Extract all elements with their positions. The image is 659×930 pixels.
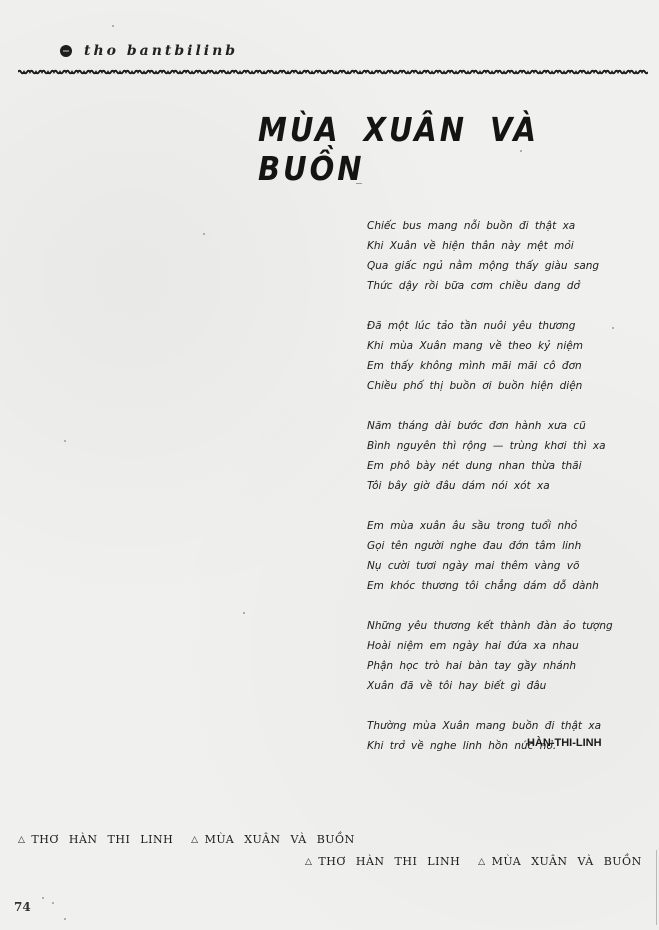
scan-speck bbox=[243, 612, 245, 614]
stanza: Những yêu thương kết thành đàn ảo tượng … bbox=[367, 616, 613, 696]
poem-line: Em khóc thương tôi chẳng dám dỗ dành bbox=[367, 576, 613, 596]
poem-line: Em mùa xuân âu sầu trong tuổi nhỏ bbox=[367, 516, 613, 536]
footer-author-text: THƠ HÀN THI LINH bbox=[318, 855, 460, 868]
section-name: tho bantbilinb bbox=[84, 43, 238, 59]
scan-speck bbox=[64, 440, 66, 442]
triangle-icon: △ bbox=[18, 835, 25, 845]
poem-line: Chiều phố thị buồn ơi buồn hiện diện bbox=[367, 376, 613, 396]
section-header: tho bantbilinb bbox=[60, 43, 238, 59]
poem-line: Đã một lúc tảo tần nuôi yêu thương bbox=[367, 316, 613, 336]
scan-speck bbox=[520, 150, 522, 152]
footer-running-title: △THƠ HÀN THI LINH △MÙA XUÂN VÀ BUỒN bbox=[18, 833, 355, 846]
stanza: Năm tháng dài bước đơn hành xưa cũ Bình … bbox=[367, 416, 613, 496]
poem-line: Em phô bày nét dung nhan thừa thãi bbox=[367, 456, 613, 476]
poem-body: Chiếc bus mang nỗi buồn đi thật xa Khi X… bbox=[367, 216, 613, 776]
wavy-divider bbox=[18, 69, 648, 75]
triangle-icon: △ bbox=[478, 857, 485, 867]
poem-line: Năm tháng dài bước đơn hành xưa cũ bbox=[367, 416, 613, 436]
stanza: Em mùa xuân âu sầu trong tuổi nhỏ Gọi tê… bbox=[367, 516, 613, 596]
poem-line: Gọi tên người nghe đau đớn tâm linh bbox=[367, 536, 613, 556]
poem-line: Qua giấc ngủ nằm mộng thấy giàu sang bbox=[367, 256, 613, 276]
poem-line: Chiếc bus mang nỗi buồn đi thật xa bbox=[367, 216, 613, 236]
filled-circle-bullet-icon bbox=[60, 45, 72, 57]
magazine-page: tho bantbilinb MÙA XUÂN VÀ BUỒN Chiếc bu… bbox=[0, 0, 659, 930]
scan-speck bbox=[64, 918, 66, 920]
poem-line: Bình nguyên thì rộng — trùng khơi thì xa bbox=[367, 436, 613, 456]
poem-title: MÙA XUÂN VÀ BUỒN bbox=[258, 110, 659, 188]
footer-title-text: MÙA XUÂN VÀ BUỒN bbox=[492, 855, 642, 868]
poem-line: Nụ cười tươi ngày mai thêm vàng võ bbox=[367, 556, 613, 576]
stanza: Đã một lúc tảo tần nuôi yêu thương Khi m… bbox=[367, 316, 613, 396]
author-signature: HÀN-THI-LINH bbox=[527, 737, 602, 749]
poem-line: Khi mùa Xuân mang về theo kỷ niệm bbox=[367, 336, 613, 356]
page-edge-line bbox=[656, 850, 657, 925]
footer-running-title: △THƠ HÀN THI LINH △MÙA XUÂN VÀ BUỒN bbox=[305, 855, 642, 868]
stanza: Thường mùa Xuân mang buồn đi thật xa Khi… bbox=[367, 716, 613, 756]
scan-speck bbox=[356, 183, 362, 184]
triangle-icon: △ bbox=[305, 857, 312, 867]
footer-author-text: THƠ HÀN THI LINH bbox=[31, 833, 173, 846]
poem-line: Khi Xuân về hiện thân này mệt mỏi bbox=[367, 236, 613, 256]
poem-line: Em thấy không mình mãi mãi cô đơn bbox=[367, 356, 613, 376]
poem-line: Những yêu thương kết thành đàn ảo tượng bbox=[367, 616, 613, 636]
scan-speck bbox=[203, 233, 205, 235]
footer-title-text: MÙA XUÂN VÀ BUỒN bbox=[205, 833, 355, 846]
poem-line: Phận học trò hai bàn tay gầy nhánh bbox=[367, 656, 613, 676]
page-number: 74 bbox=[14, 900, 31, 914]
poem-line: Hoài niệm em ngày hai đứa xa nhau bbox=[367, 636, 613, 656]
scan-speck bbox=[42, 897, 44, 899]
poem-line: Tôi bây giờ đâu dám nói xót xa bbox=[367, 476, 613, 496]
poem-line: Thường mùa Xuân mang buồn đi thật xa bbox=[367, 716, 613, 736]
poem-line: Thức dậy rồi bữa cơm chiều dang dở bbox=[367, 276, 613, 296]
scan-speck bbox=[612, 327, 614, 329]
stanza: Chiếc bus mang nỗi buồn đi thật xa Khi X… bbox=[367, 216, 613, 296]
scan-speck bbox=[52, 902, 54, 904]
triangle-icon: △ bbox=[191, 835, 198, 845]
scan-speck bbox=[112, 25, 114, 27]
poem-line: Xuân đã về tôi hay biết gì đâu bbox=[367, 676, 613, 696]
